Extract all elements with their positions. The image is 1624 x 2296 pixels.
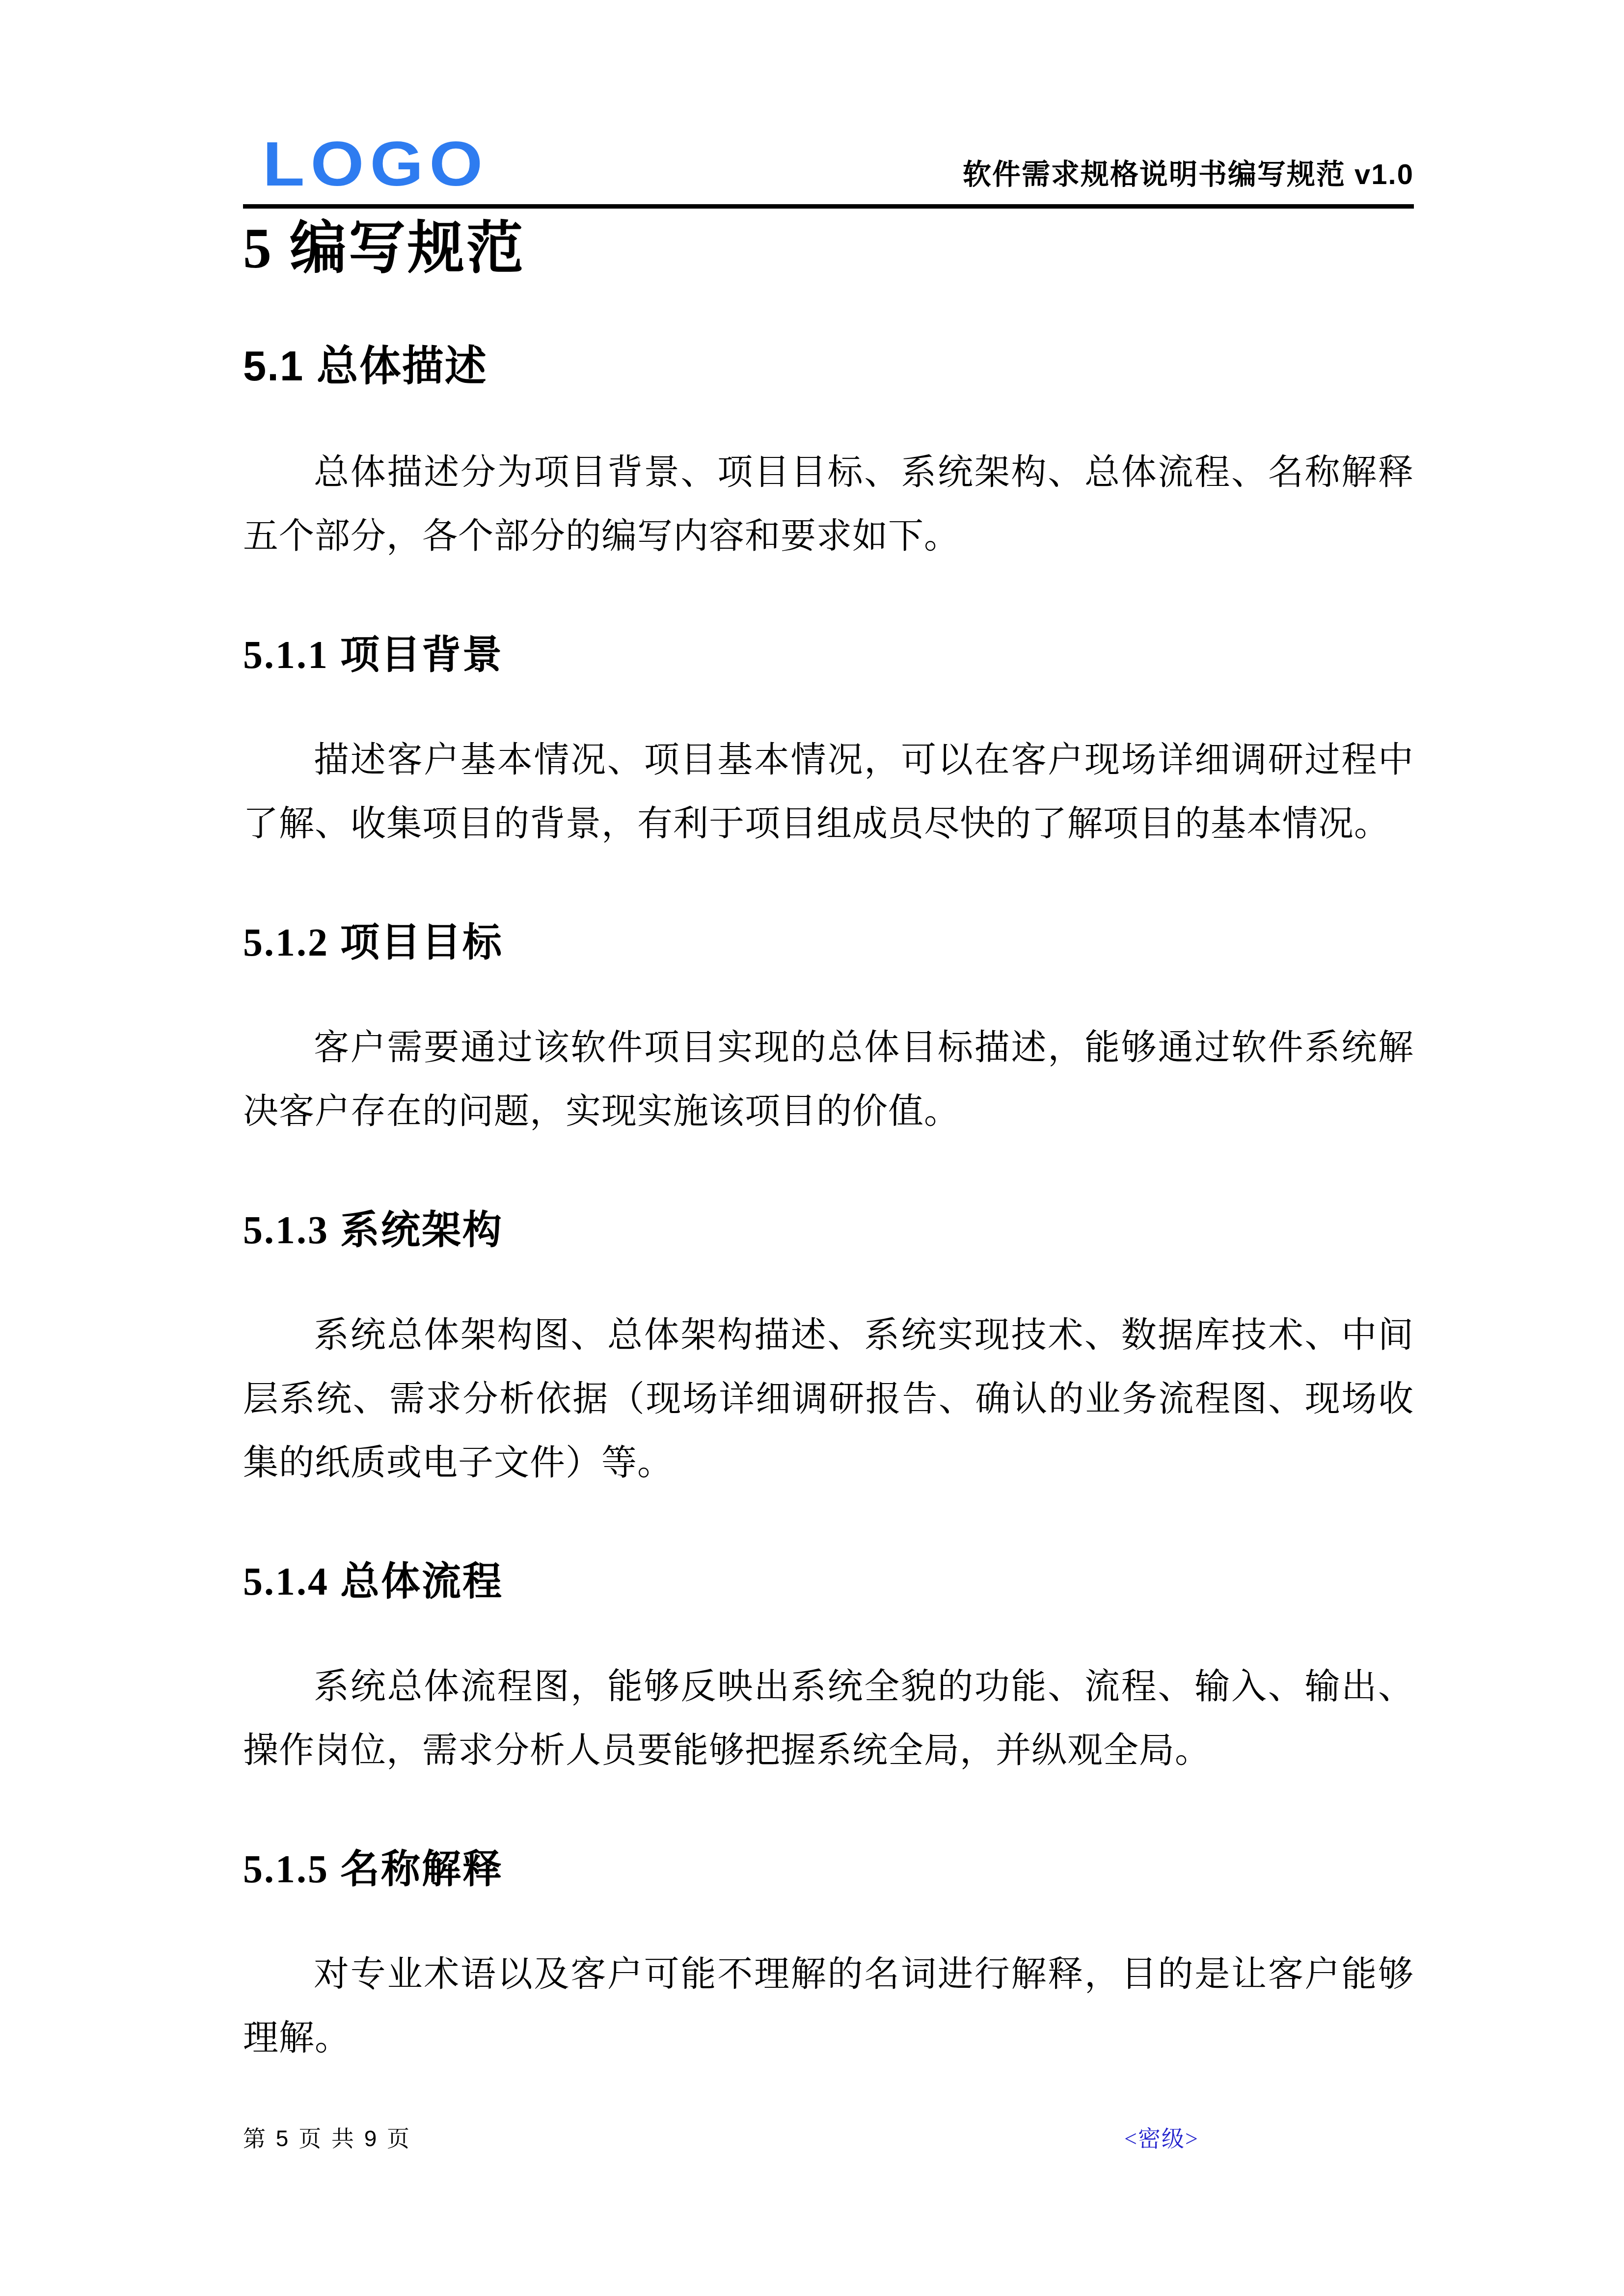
page-number-info: 第 5 页 共 9 页 [243, 2126, 411, 2151]
section-5-1-1-paragraph: 描述客户基本情况、项目基本情况，可以在客户现场详细调研过程中了解、收集项目的背景… [243, 728, 1414, 855]
document-header-title: 软件需求规格说明书编写规范 v1.0 [963, 159, 1414, 195]
section-heading-5-1: 5.1 总体描述 [243, 346, 1414, 387]
section-heading-5-1-5: 5.1.5 名称解释 [243, 1850, 1414, 1889]
section-heading-5-1-2: 5.1.2 项目目标 [243, 923, 1414, 962]
section-heading-5-1-4: 5.1.4 总体流程 [243, 1562, 1414, 1602]
chapter-title: 5 编写规范 [243, 216, 1414, 282]
section-5-1-paragraph: 总体描述分为项目背景、项目目标、系统架构、总体流程、名称解释五个部分，各个部分的… [243, 440, 1414, 568]
document-page: LOGO 软件需求规格说明书编写规范 v1.0 5 编写规范 5.1 总体描述 … [0, 0, 1624, 2296]
section-heading-5-1-3: 5.1.3 系统架构 [243, 1211, 1414, 1250]
page-header: LOGO 软件需求规格说明书编写规范 v1.0 [243, 0, 1414, 195]
section-5-1-2-paragraph: 客户需要通过该软件项目实现的总体目标描述，能够通过软件系统解决客户存在的问题，实… [243, 1015, 1414, 1143]
company-logo: LOGO [263, 132, 488, 195]
header-divider [243, 204, 1414, 209]
section-heading-5-1-1: 5.1.1 项目背景 [243, 636, 1414, 675]
section-5-1-4-paragraph: 系统总体流程图，能够反映出系统全貌的功能、流程、输入、输出、操作岗位，需求分析人… [243, 1655, 1414, 1782]
section-5-1-3-paragraph: 系统总体架构图、总体架构描述、系统实现技术、数据库技术、中间层系统、需求分析依据… [243, 1303, 1414, 1495]
section-5-1-5-paragraph: 对专业术语以及客户可能不理解的名词进行解释，目的是让客户能够理解。 [243, 1942, 1414, 2070]
classification-label: <密级> [1124, 2125, 1199, 2152]
page-footer: 第 5 页 共 9 页 <密级> [243, 2125, 1414, 2152]
page-content: LOGO 软件需求规格说明书编写规范 v1.0 5 编写规范 5.1 总体描述 … [0, 0, 1624, 2070]
